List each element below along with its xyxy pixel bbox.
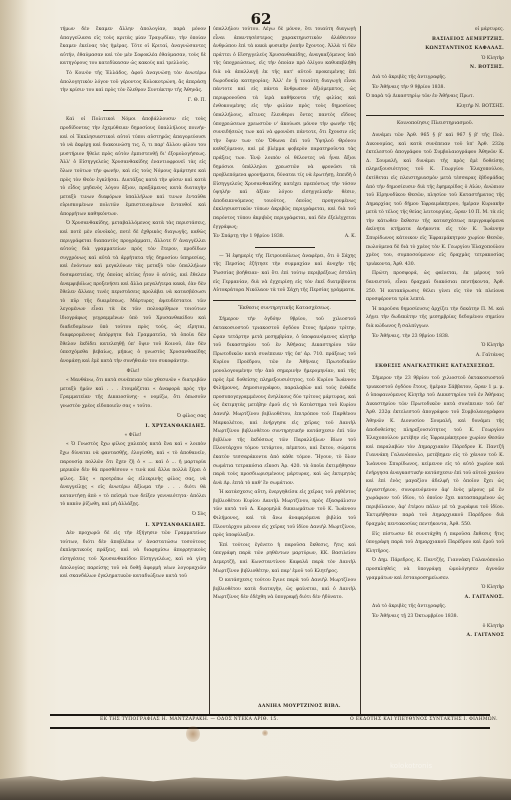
clerk-label: Ὁ Κλητὴρ	[366, 342, 504, 351]
col3-paragraph: Ὁ Δημ. Πάρεδρος, Κ. Παντζῆς, Γιαννάκη Γα…	[366, 557, 504, 583]
news-item: — Ἡ ἐφημερὶς τῆς Πετρουπόλεως ἀναφέρει, …	[213, 253, 356, 296]
col1-paragraph: τήμων δὲν ἔκαμεν ἄλλην ἀπολογίαν, παρὰ μ…	[60, 26, 206, 69]
witness-name: ΚΩΝΣΤΑΝΤΙΝΟΣ ΚΑΦΑΛΑΣ.	[366, 45, 504, 54]
col3-paragraph: Ἡ παροῦσα δημοσίευσις ἀρχίζει τὴν δεκάτη…	[366, 306, 504, 332]
letter-signature: Ι. ΧΡΥΣΑΝΘΑΚΙΔΗΣ.	[60, 521, 206, 530]
column-2: ὑπαλλήλου τούτου. Λέγω δὲ μόνον, ὅτι τοι…	[213, 26, 356, 604]
dateline: Ἐν Ἀθήναις, τὴν 23 9βρίου 1838.	[366, 333, 504, 342]
clerk-name: Α. ΓΑΙΤΑΝΟΣ.	[366, 594, 504, 603]
clerk-label: Ὁ Κλητὴρ	[366, 55, 504, 64]
letter-salutation: Φίλε!	[60, 368, 206, 377]
printer-imprint: ΕΚ ΤΗΣ ΤΥΠΟΓΡΑΦΙΑΣ Η. ΜΑΝΤΖΑΡΑΚΗ. — ΟΔΟΣ…	[100, 717, 278, 722]
col3-paragraph: Πρώτη προσφορά, ὡς φαίνεται, ἐκ μέρους τ…	[366, 270, 504, 304]
clerk-name: Ν. ΒΟΤΣΗΣ.	[366, 64, 504, 73]
witness-name: ΒΑΣΙΛΕΙΟΣ ΔΕΜΕΡΤΖΗΣ.	[366, 36, 504, 45]
section-divider	[366, 115, 504, 116]
col1-signature: Γ. Θ. Π.	[60, 97, 206, 106]
column-3: οἱ μάρτυρες. ΒΑΣΙΛΕΙΟΣ ΔΕΜΕΡΤΖΗΣ. ΚΩΝΣΤΑ…	[366, 26, 504, 642]
column-divider-1	[209, 26, 210, 714]
clerk-name: Α. ΓΑΙΤΑΝΟΣ	[366, 632, 504, 641]
col1-paragraph: Δὲν προχωρῶ δὲ εἰς τὴν ἐξήγησιν τῶν Γραμ…	[60, 530, 206, 582]
section-divider	[103, 110, 163, 111]
letter-salutation: « Φίλε!	[60, 432, 206, 441]
newspaper-page: 62 τήμων δὲν ἔκαμεν ἄλλην ἀπολογίαν, παρ…	[0, 0, 511, 800]
ink-stain	[262, 730, 268, 736]
col2-paragraph: ὑπαλλήλου τούτου. Λέγω δὲ μόνον, ὅτι τοι…	[213, 26, 356, 232]
dateline: Ἐν Σπάρτῃ τὴν 1 9βρίου 1838.	[213, 233, 284, 242]
section-heading: ΕΚΘΕΣΙΣ ΑΝΑΓΚΑΣΤΙΚΗΣ ΚΑΤΑΣΧΕΣΕΩΣ.	[366, 363, 504, 372]
clerk-label: Ὁ Κλητὴρ	[366, 584, 504, 593]
letter-signature: Ι. ΧΡΥΣΑΝΘΑΚΙΔΗΣ.	[60, 422, 206, 431]
col2-paragraph: Ἐπὶ τούτοις ἐγένετο ἡ παροῦσα ἔκθεσις, ἥ…	[213, 542, 356, 576]
quoted-letter: « Ὁ Γνωστὸς ἔχω φίλος χαλεπὸς κατὰ ἔνα κ…	[60, 441, 206, 510]
torn-bottom-edge	[0, 770, 511, 800]
col2-paragraph: Ὁ κατάσχεσις τούτου ἔγινε παρὰ τοῦ Δανιὴ…	[213, 577, 356, 603]
quoted-letter: « Μανθάνω, ὅτι κατὰ συνέπειαν τῶν χθεσιν…	[60, 377, 206, 411]
section-heading: Κοινοποίησις Πλειστηριασμοῦ.	[366, 120, 504, 129]
witness-label: οἱ μάρτυρες.	[366, 26, 504, 35]
col3-paragraph: Εἰς πίστωσιν δὲ συνετάχθη ἡ παροῦσα ἔκθε…	[366, 531, 504, 557]
col3-paragraph: Δυνάμει τῶν Ἀρθ. 965 § β' καὶ 967 § β' τ…	[366, 132, 504, 270]
certification: Διὰ τὸ ἀκριβὲς τῆς ἀντιγραφῆς.	[366, 74, 504, 83]
letter-closing: Ὁ φίλος σας	[60, 413, 206, 422]
clerk-label: ὁ Κλητὴρ	[366, 623, 504, 632]
signature-initials: Α. Κ.	[345, 233, 356, 242]
col3-paragraph: Σήμερον τὴν 23 9βρίου τοῦ χιλιοστοῦ ὀκτα…	[366, 375, 504, 530]
col2-paragraph: Ἡ κατάσχεσις αὕτη, ἐνεργηθεῖσα εἰς χεῖρα…	[213, 489, 356, 541]
col2-paragraph: Σήμερον τὴν ὀγδόην 9βρίου, τοῦ χιλιοστοῦ…	[213, 316, 356, 488]
dateline: Ἐν Ἀθήναις τῇ 23 Ὀκτωμβρίου 1838.	[366, 613, 504, 622]
editor-imprint: Ο ΕΚΔΟΤΗΣ ΚΑΙ ΥΠΕΥΘΥΝΟΣ ΣΥΝΤΑΚΤΗΣ Ι. ΦΙΛ…	[350, 717, 498, 722]
clerk-name: Α. Γαϊτάνος	[366, 352, 504, 361]
col1-paragraph: Ὁ Χρυσανθακίδης, μεταβαλλόμενος κατὰ τὰς…	[60, 220, 206, 366]
section-heading: Ἔκθεσις συντηρητικῆς Κατασχέσεως.	[213, 305, 356, 314]
left-edge-discoloration	[0, 0, 28, 800]
footer-rule-top	[50, 714, 490, 716]
col1-paragraph: Τὸ Κοινὸν τῆς Ἑλλάδος, ἀφοῦ ἀναγνώσῃ τὸν…	[60, 70, 206, 96]
section-divider	[255, 247, 315, 248]
court-clerk: Κλητὴρ Ν. ΒΟΤΣΗΣ.	[366, 103, 504, 112]
column-1: τήμων δὲν ἔκαμεν ἄλλην ἀπολογίαν, παρὰ μ…	[60, 26, 206, 583]
letter-closing: Ὁ Σὸς	[60, 511, 206, 520]
col1-paragraph: Καὶ οἱ Πολιτικοὶ Νόμοι ἀποβάλλουσιν εἰς …	[60, 116, 206, 219]
publisher-signature: ΔΑΝΙΗΛ ΜΟΥΡΤΖΙΝΟΣ ΒΙΒΛ.	[258, 704, 341, 709]
dateline: Ἐν Ἀθήναις τὴν 9 9βρίου 1838.	[366, 84, 504, 93]
ink-stain	[186, 726, 200, 742]
footer-rule-bottom	[50, 727, 490, 729]
column-divider-2	[360, 26, 361, 714]
certification: Διὰ τὸ ἀκριβὲς τῆς ἀντιγραφῆς.	[366, 603, 504, 612]
watermark: kolokotronis	[390, 762, 432, 770]
court-note: Ὁ παρὰ τῷ Δικαστηρίῳ τῶν ἐν Ἀθήναις Πρωτ…	[366, 93, 504, 102]
dateline-row: Ἐν Σπάρτῃ τὴν 1 9βρίου 1838. Α. Κ.	[213, 233, 356, 242]
section-divider	[213, 300, 356, 301]
